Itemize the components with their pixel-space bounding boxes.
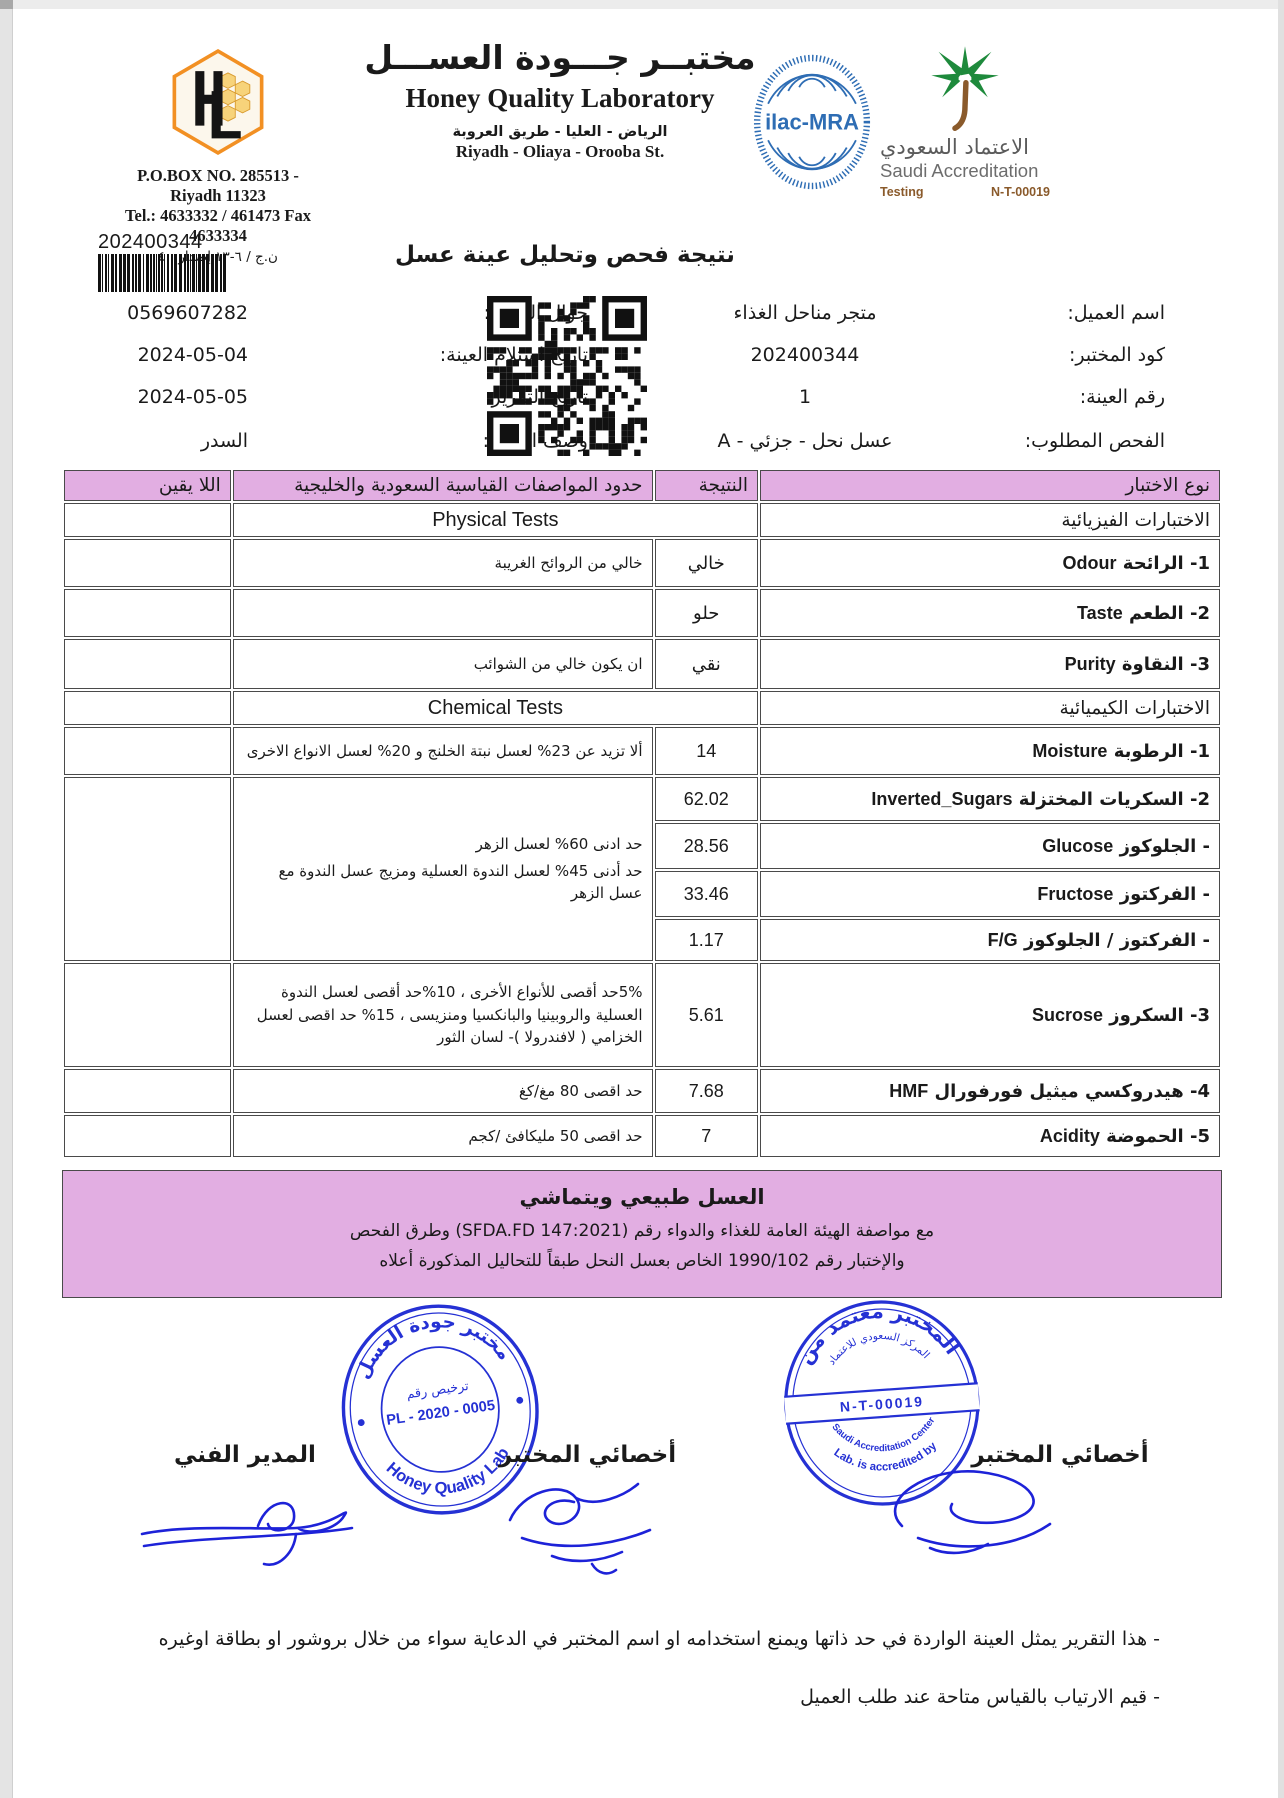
report-title: نتيجة فحص وتحليل عينة عسل — [330, 242, 800, 268]
result-cell: خالي — [655, 539, 759, 587]
section-title-english: Physical Tests — [233, 503, 758, 537]
result-cell: نقي — [655, 639, 759, 689]
result-cell: 28.56 — [655, 823, 759, 869]
test-row: 1- الرطوبة Moisture14ألا تزيد عن 23% لعس… — [64, 727, 1220, 775]
result-cell: حلو — [655, 589, 759, 637]
test-name-cell: - الفركتوز Fructose — [760, 871, 1220, 917]
limits-cell — [233, 589, 653, 637]
uncertainty-cell — [64, 589, 231, 637]
barcode-icon — [98, 254, 232, 292]
result-cell: 7.68 — [655, 1069, 759, 1113]
limits-cell: خالي من الروائح الغريبة — [233, 539, 653, 587]
test-row: 2- الطعم Tasteحلو — [64, 589, 1220, 637]
uncertainty-cell — [64, 1115, 231, 1157]
stamp-license-number: PL - 2020 - 0005 — [385, 1398, 496, 1429]
accreditation-number: N-T-00019 — [991, 185, 1050, 199]
section-title-arabic: الاختبارات الكيميائية — [760, 691, 1220, 725]
result-cell: 14 — [655, 727, 759, 775]
test-row: 5- الحموضة Acidity7حد اقصى 50 مليكافئ /ك… — [64, 1115, 1220, 1157]
lab-specialist-signature-right — [868, 1460, 1068, 1565]
client-name-value: متجر مناحل الغذاء — [640, 302, 970, 324]
test-name-cell: - الجلوكوز Glucose — [760, 823, 1220, 869]
conclusion-test-reference: والإختبار رقم 1990/102 الخاص بعسل النحل … — [73, 1251, 1211, 1271]
scan-edge-corner — [0, 0, 13, 9]
section-uncertainty-cell — [64, 691, 231, 725]
lab-address-arabic: الرياض - العليا - طريق العروبة — [335, 124, 785, 140]
result-cell: 62.02 — [655, 777, 759, 821]
limits-cell: ان يكون خالي من الشوائب — [233, 639, 653, 689]
footer-note-1: - هذا التقرير يمثل العينة الواردة في حد … — [130, 1628, 1160, 1650]
technical-manager-label: المدير الفني — [150, 1442, 340, 1468]
lab-pobox: P.O.BOX NO. 285513 - Riyadh 11323 — [110, 166, 326, 206]
result-cell: 5.61 — [655, 963, 759, 1067]
ilac-mra-icon: ilac-MRA — [748, 48, 876, 196]
result-cell: 33.46 — [655, 871, 759, 917]
limits-cell-merged: حد ادنى 60% لعسل الزهرحد أدنى 45% لعسل ا… — [233, 777, 653, 961]
saudi-accreditation-block: الاعتماد السعودي Saudi Accreditation Tes… — [880, 44, 1050, 199]
test-name-cell: 3- السكروز Sucrose — [760, 963, 1220, 1067]
ilac-mra-text: ilac-MRA — [765, 109, 859, 134]
stamp-license-label: ترخيص رقم — [405, 1378, 469, 1403]
result-cell: 7 — [655, 1115, 759, 1157]
column-header-result: النتيجة — [655, 470, 759, 501]
accreditation-testing-label: Testing — [880, 185, 924, 199]
qr-code-icon — [487, 296, 647, 456]
technical-manager-signature — [138, 1478, 358, 1573]
scan-edge-left — [0, 0, 13, 1798]
test-name-cell: 2- الطعم Taste — [760, 589, 1220, 637]
barcode-number: 202400344 — [98, 231, 238, 254]
test-row: 3- النقاوة Purityنقيان يكون خالي من الشو… — [64, 639, 1220, 689]
section-row: الاختبارات الكيميائيةChemical Tests — [64, 691, 1220, 725]
required-test-value: عسل نحل - جزئي - A — [640, 430, 970, 452]
limits-cell: ألا تزيد عن 23% لعسل نبتة الخلنج و 20% ل… — [233, 727, 653, 775]
uncertainty-cell-merged — [64, 777, 231, 961]
table-header-row: نوع الاختبار النتيجة حدود المواصفات القي… — [64, 470, 1220, 501]
report-date-value: 2024-05-05 — [30, 386, 248, 408]
ilac-mra-logo: ilac-MRA — [748, 48, 876, 200]
uncertainty-cell — [64, 727, 231, 775]
lab-specialist-signature-center — [492, 1468, 682, 1583]
column-header-uncertainty: اللا يقين — [64, 470, 231, 501]
conclusion-box: العسل طبيعي ويتماشي مع مواصفة الهيئة الع… — [62, 1170, 1222, 1298]
lab-title-block: مختبــر جـــودة العســـل Honey Quality L… — [335, 36, 785, 162]
svg-text:مختبر جودة العسل: مختبر جودة العسل — [345, 1301, 516, 1385]
lab-code-value: 202400344 — [640, 344, 970, 366]
column-header-test-type: نوع الاختبار — [760, 470, 1220, 501]
client-mobile-value: 0569607282 — [30, 302, 248, 324]
honey-lab-logo-icon — [168, 46, 268, 158]
uncertainty-cell — [64, 639, 231, 689]
lab-report-page: P.O.BOX NO. 285513 - Riyadh 11323 Tel.: … — [0, 0, 1284, 1798]
result-cell: 1.17 — [655, 919, 759, 961]
section-title-arabic: الاختبارات الفيزيائية — [760, 503, 1220, 537]
scan-edge-top — [0, 0, 1284, 9]
test-name-cell: 5- الحموضة Acidity — [760, 1115, 1220, 1157]
uncertainty-cell — [64, 539, 231, 587]
results-table: نوع الاختبار النتيجة حدود المواصفات القي… — [62, 468, 1222, 1159]
test-row: 2- السكريات المختزلة Inverted_Sugars62.0… — [64, 777, 1220, 821]
saudi-accreditation-arabic: الاعتماد السعودي — [880, 136, 1050, 159]
section-title-english: Chemical Tests — [233, 691, 758, 725]
limits-cell: حد اقصى 80 مغ/كغ — [233, 1069, 653, 1113]
footer-note-2: - قيم الارتياب بالقياس متاحة عند طلب الع… — [130, 1686, 1160, 1708]
limits-cell: 5%حد أقصى للأنواع الأخرى ، 10%حد أقصى لع… — [233, 963, 653, 1067]
lab-specialist-label-center: أخصائي المختبر — [495, 1442, 680, 1468]
limits-cell: حد اقصى 50 مليكافئ /كجم — [233, 1115, 653, 1157]
test-name-cell: 1- الرائحة Odour — [760, 539, 1220, 587]
scan-edge-right — [1278, 0, 1284, 1798]
uncertainty-cell — [64, 963, 231, 1067]
conclusion-statement: العسل طبيعي ويتماشي — [73, 1185, 1211, 1209]
barcode-block: 202400344 — [98, 231, 238, 296]
lab-name-english: Honey Quality Laboratory — [335, 83, 785, 114]
sample-description-value: السدر — [30, 430, 248, 452]
lab-name-arabic: مختبــر جـــودة العســـل — [335, 36, 785, 81]
uncertainty-cell — [64, 1069, 231, 1113]
test-name-cell: 3- النقاوة Purity — [760, 639, 1220, 689]
sample-number-value: 1 — [640, 386, 970, 408]
column-header-limits: حدود المواصفات القياسية السعودية والخليج… — [233, 470, 653, 501]
test-name-cell: 4- هيدروكسي ميثيل فورفورال HMF — [760, 1069, 1220, 1113]
saudi-accreditation-english: Saudi Accreditation — [880, 160, 1050, 182]
test-name-cell: 1- الرطوبة Moisture — [760, 727, 1220, 775]
receive-date-value: 2024-05-04 — [30, 344, 248, 366]
lab-address-english: Riyadh - Oliaya - Orooba St. — [335, 142, 785, 162]
test-row: 4- هيدروكسي ميثيل فورفورال HMF7.68حد اقص… — [64, 1069, 1220, 1113]
test-row: 1- الرائحة Odourخاليخالي من الروائح الغر… — [64, 539, 1220, 587]
saudi-accreditation-icon — [924, 44, 1006, 136]
test-row: 3- السكروز Sucrose5.615%حد أقصى للأنواع … — [64, 963, 1220, 1067]
test-name-cell: 2- السكريات المختزلة Inverted_Sugars — [760, 777, 1220, 821]
section-uncertainty-cell — [64, 503, 231, 537]
test-name-cell: - الفركتوز / الجلوكوز F/G — [760, 919, 1220, 961]
section-row: الاختبارات الفيزيائيةPhysical Tests — [64, 503, 1220, 537]
conclusion-standard-reference: مع مواصفة الهيئة العامة للغذاء والدواء ر… — [73, 1221, 1211, 1241]
stamp-lab-name-arabic: مختبر جودة العسل — [345, 1301, 516, 1385]
